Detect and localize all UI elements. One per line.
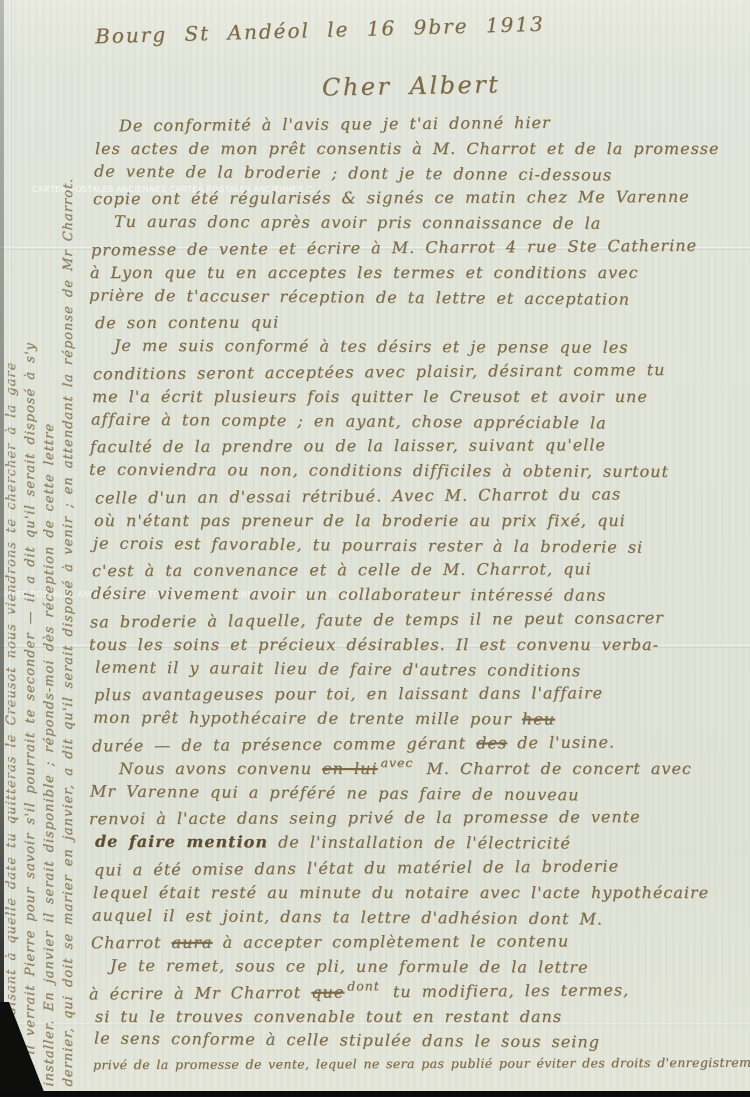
- manuscript-text: à accepter complètement le contenu: [213, 932, 570, 952]
- scan-edge-left: [0, 0, 4, 1097]
- manuscript-line: où n'étant pas preneur de la broderie au…: [94, 511, 740, 536]
- manuscript-line: les actes de mon prêt consentis à M. Cha…: [95, 139, 741, 164]
- margin-cross-writing-line: installer. En janvier il serait disponib…: [42, 34, 60, 1087]
- manuscript-line: durée — de ta présence comme gérant des …: [92, 731, 738, 761]
- manuscript-line: Tu auras donc après avoir pris connaissa…: [92, 212, 738, 239]
- letter-scan: CARTES POSTALES ANCIENNES CARTES POSTALE…: [0, 0, 750, 1097]
- inserted-word: avec: [381, 755, 414, 770]
- manuscript-line: copie ont été régularisés & signés ce ma…: [93, 187, 739, 214]
- manuscript-text: te conviendra ou non, conditions diffici…: [89, 460, 669, 481]
- manuscript-text: me l'a écrit plusieurs fois quitter le C…: [92, 387, 648, 406]
- manuscript-text: Mr Varenne qui a préféré ne pas faire de…: [90, 781, 580, 804]
- manuscript-line: faculté de la prendre ou de la laisser, …: [90, 435, 736, 462]
- manuscript-line: à Lyon que tu en acceptes les termes et …: [90, 263, 736, 288]
- margin-cross-writing-line: qui il verrait Pierre pour savoir s'il p…: [23, 34, 41, 1087]
- manuscript-text: Charrot: [91, 933, 172, 952]
- manuscript-line: Charrot aura à accepter complètement le …: [91, 931, 737, 958]
- margin-cross-writing-line: En nous disant à quelle date tu quittera…: [4, 34, 22, 1087]
- manuscript-text: lement il y aurait lieu de faire d'autre…: [95, 657, 581, 680]
- struck-word: heu: [522, 710, 555, 729]
- manuscript-text: à écrire à Mr Charrot: [89, 983, 311, 1004]
- manuscript-text: privé de la promesse de vente, lequel ne…: [93, 1055, 750, 1073]
- manuscript-line: Je me suis conformé à tes désirs et je p…: [94, 336, 740, 363]
- struck-word: que: [311, 982, 344, 1001]
- manuscript-line: Nous avons convenu en luiavec M. Charrot…: [91, 759, 737, 784]
- manuscript-line: qui a été omise dans l'état du matériel …: [94, 855, 740, 885]
- manuscript-line: promesse de vente et écrire à M. Charrot…: [91, 236, 737, 266]
- manuscript-line: lequel était resté au minute du notaire …: [93, 883, 739, 908]
- manuscript-text: Nous avons convenu: [119, 759, 322, 778]
- manuscript-text: celle d'un an d'essai rétribué. Avec M. …: [95, 484, 621, 507]
- manuscript-line: désire vivement avoir un collaborateur i…: [91, 584, 737, 611]
- manuscript-text: si tu le trouves convenable tout en rest…: [95, 1007, 562, 1026]
- manuscript-text: les actes de mon prêt consentis à M. Cha…: [95, 139, 719, 158]
- manuscript-line: plus avantageuses pour toi, en laissant …: [94, 683, 740, 710]
- manuscript-line: me l'a écrit plusieurs fois quitter le C…: [92, 387, 738, 412]
- manuscript-text: conditions seront acceptées avec plaisir…: [93, 360, 666, 383]
- manuscript-text: promesse de vente et écrire à M. Charrot…: [91, 236, 697, 260]
- manuscript-text: tous les soins et précieux désirables. I…: [89, 635, 659, 654]
- manuscript-text: à Lyon que tu en acceptes les termes et …: [90, 263, 639, 282]
- manuscript-text: faculté de la prendre ou de la laisser, …: [90, 436, 606, 457]
- manuscript-text: le sens conforme à celle stipulée dans l…: [94, 1029, 600, 1052]
- struck-word: en lui: [322, 759, 377, 778]
- manuscript-text: plus avantageuses pour toi, en laissant …: [94, 684, 603, 705]
- manuscript-text: de l'usine.: [507, 732, 615, 752]
- struck-word: des: [476, 733, 507, 752]
- page-edge-highlight: [9, 0, 12, 1097]
- manuscript-text: de faire mention: [95, 832, 268, 852]
- manuscript-text: durée — de ta présence comme gérant: [92, 733, 476, 755]
- inserted-word: dont: [347, 978, 380, 993]
- manuscript-text: sa broderie à laquelle, faute de temps i…: [90, 608, 664, 631]
- letter-body: De conformité à l'avis que je t'ai donné…: [92, 114, 738, 1081]
- manuscript-line: renvoi à l'acte dans seing privé de la p…: [89, 807, 735, 834]
- manuscript-line: sa broderie à laquelle, faute de temps i…: [90, 607, 736, 637]
- manuscript-line: celle d'un an d'essai rétribué. Avec M. …: [95, 483, 741, 513]
- manuscript-line: à écrire à Mr Charrot quedont tu modifie…: [89, 979, 735, 1009]
- manuscript-line: te conviendra ou non, conditions diffici…: [89, 460, 735, 487]
- manuscript-text: tu modifiera, les termes,: [383, 980, 629, 1001]
- manuscript-line: De conformité à l'avis que je t'ai donné…: [89, 112, 735, 142]
- manuscript-text: de vente de la broderie ; dont je te don…: [94, 161, 612, 184]
- manuscript-text: je crois est favorable, tu pourrais rest…: [93, 533, 643, 556]
- manuscript-text: c'est à ta convenance et à celle de M. C…: [92, 560, 592, 581]
- manuscript-text: lequel était resté au minute du notaire …: [93, 883, 709, 902]
- manuscript-text: Je te remet, sous ce pli, une formule de…: [110, 956, 589, 977]
- manuscript-text: affaire à ton compte ; en ayant, chose a…: [91, 409, 607, 432]
- manuscript-line: de faire mention de l'installation de l'…: [95, 832, 741, 859]
- manuscript-text: De conformité à l'avis que je t'ai donné…: [119, 113, 551, 135]
- manuscript-line: c'est à ta convenance et à celle de M. C…: [92, 559, 738, 586]
- manuscript-text: copie ont été régularisés & signés ce ma…: [93, 187, 690, 208]
- manuscript-line: conditions seront acceptées avec plaisir…: [93, 359, 739, 389]
- manuscript-text: où n'étant pas preneur de la broderie au…: [94, 511, 626, 530]
- manuscript-line: mon prêt hypothécaire de trente mille po…: [93, 708, 739, 735]
- dateline: Bourg St Andéol le 16 9bre 1913: [95, 12, 545, 49]
- manuscript-line: si tu le trouves convenable tout en rest…: [95, 1007, 741, 1032]
- manuscript-text: renvoi à l'acte dans seing privé de la p…: [89, 807, 641, 828]
- manuscript-line: privé de la promesse de vente, lequel ne…: [93, 1055, 739, 1082]
- manuscript-line: Je te remet, sous ce pli, une formule de…: [90, 956, 736, 983]
- manuscript-text: désire vivement avoir un collaborateur i…: [91, 584, 606, 605]
- margin-cross-writing-line: dernier, qui doit se marier en janvier, …: [61, 34, 79, 1087]
- manuscript-line: tous les soins et précieux désirables. I…: [89, 635, 735, 660]
- manuscript-text: qui a été omise dans l'état du matériel …: [94, 856, 619, 879]
- manuscript-text: Tu auras donc après avoir pris connaissa…: [114, 212, 601, 233]
- manuscript-text: de l'installation de l'électricité: [268, 833, 571, 853]
- manuscript-text: prière de t'accuser réception de ta lett…: [89, 285, 630, 308]
- struck-word: aura: [171, 933, 212, 952]
- manuscript-line: de son contenu qui: [95, 311, 741, 338]
- manuscript-text: auquel il est joint, dans ta lettre d'ad…: [92, 905, 603, 928]
- salutation: Cher Albert: [322, 70, 501, 101]
- manuscript-text: Je me suis conformé à tes désirs et je p…: [114, 336, 629, 357]
- scan-edge-bottom: [0, 1091, 750, 1097]
- manuscript-text: de son contenu qui: [95, 313, 279, 333]
- manuscript-text: mon prêt hypothécaire de trente mille po…: [93, 708, 522, 729]
- manuscript-text: M. Charrot de concert avec: [416, 759, 691, 778]
